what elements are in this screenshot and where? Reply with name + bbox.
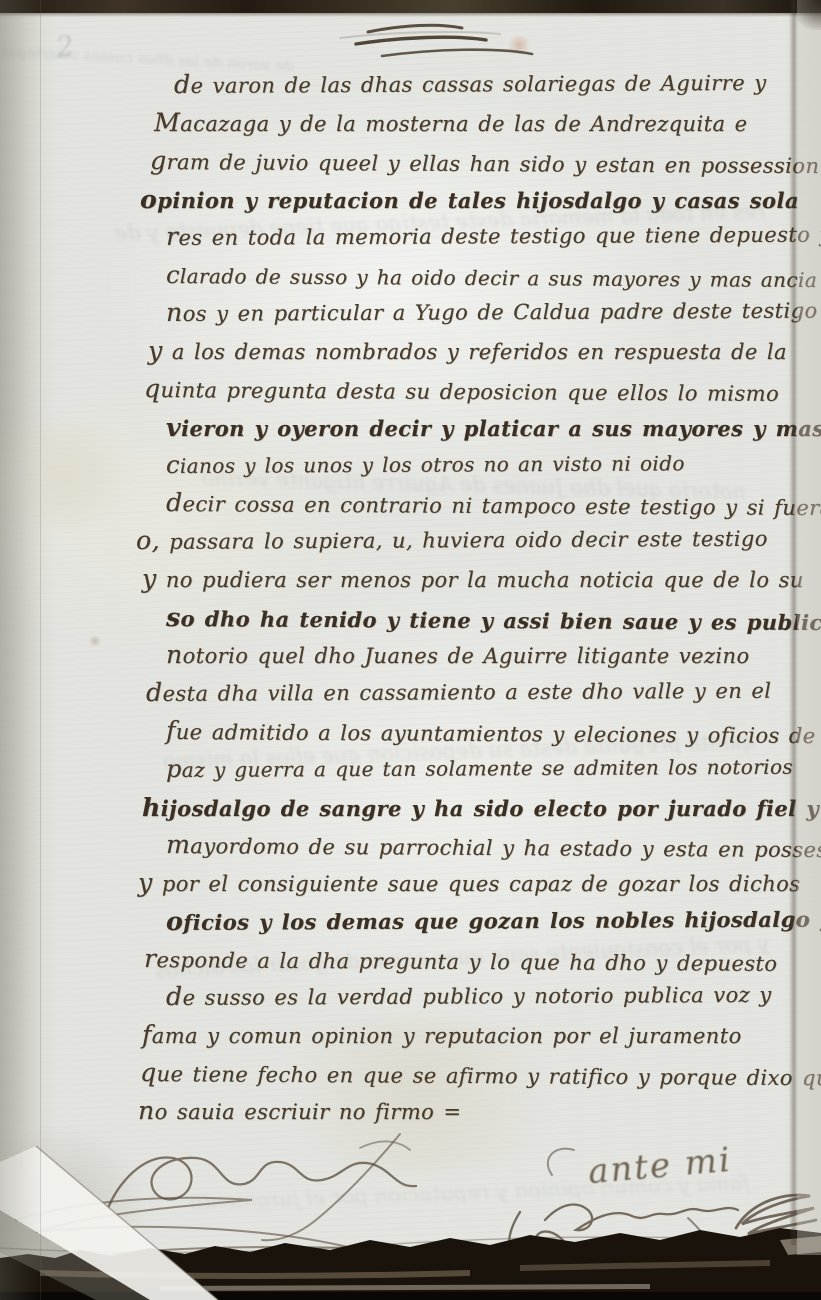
flourish-stroke xyxy=(382,50,532,56)
manuscript-line: desta dha villa en cassamiento a este dh… xyxy=(146,670,820,712)
manuscript-line: notorio quel dho Juanes de Aguirre litig… xyxy=(166,636,820,674)
page-right-crease xyxy=(789,0,798,1245)
manuscript-line: res en toda la memoria deste testigo que… xyxy=(166,215,820,256)
manuscript-line: fama y comun opinion y reputacion por el… xyxy=(142,1016,820,1054)
manuscript-scan: de varon de las dhas cassas solariegas d… xyxy=(0,0,821,1300)
manuscript-line: quinta pregunta desta su deposicion que … xyxy=(144,370,820,412)
manuscript-line: o, passara lo supiera, u, huviera oido d… xyxy=(136,518,820,560)
signatures-and-page-edge xyxy=(0,1100,821,1300)
book-top-edge xyxy=(0,0,821,13)
manuscript-line: hijosdalgo de sangre y ha sido electo po… xyxy=(142,788,820,826)
manuscript-line: y no pudiera ser menos por la mucha noti… xyxy=(142,560,820,598)
manuscript-line: de susso es la verdad publico y notorio … xyxy=(166,975,820,1016)
flourish-stroke xyxy=(356,37,486,44)
manuscript-line: opinion y reputacion de tales hijosdalgo… xyxy=(140,180,820,218)
manuscript-line: y por el consiguiente saue ques capaz de… xyxy=(138,864,820,902)
manuscript-line: de varon de las dhas cassas solariegas d… xyxy=(174,63,820,104)
page-left-crease xyxy=(40,0,41,1300)
adjacent-page-strip xyxy=(797,0,821,1255)
page-left-edge xyxy=(0,0,44,1300)
manuscript-line: Macazaga y de la mosterna de las de Andr… xyxy=(154,104,820,142)
manuscript-line: nos y en particular a Yugo de Caldua pad… xyxy=(166,291,820,332)
manuscript-line: paz y guerra a que tan solamente se admi… xyxy=(166,747,820,788)
manuscript-line: y a los demas nombrados y referidos en r… xyxy=(148,332,820,370)
manuscript-line: que tiene fecho en que se afirmo y ratif… xyxy=(140,1054,820,1096)
manuscript-text: de varon de las dhas cassas solariegas d… xyxy=(152,66,820,1130)
manuscript-line: so dho ha tenido y tiene y assi bien sau… xyxy=(166,598,820,640)
manuscript-line: cianos y los unos y los otros no an vist… xyxy=(166,443,820,484)
manuscript-line: mayordomo de su parrochial y ha estado y… xyxy=(166,826,820,868)
manuscript-line: oficios y los demas que gozan los nobles… xyxy=(166,899,820,940)
top-right-corner-mark xyxy=(787,0,821,30)
manuscript-line: vieron y oyeron decir y platicar a sus m… xyxy=(166,408,820,446)
manuscript-line: gram de juvio queel y ellas han sido y e… xyxy=(150,142,820,184)
